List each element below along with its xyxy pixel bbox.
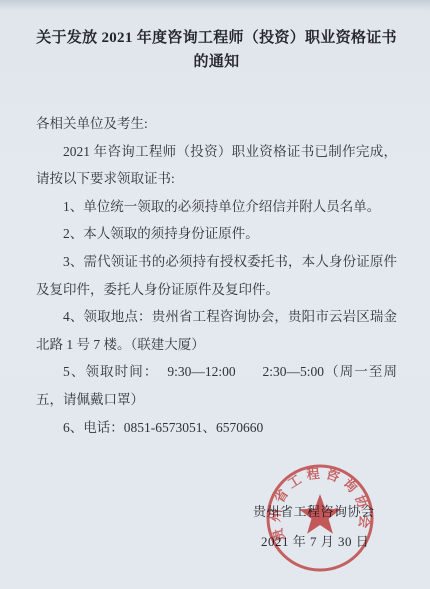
list-item-6: 6、电话：0851-6573051、6570660 — [36, 414, 397, 442]
notice-body: 关于发放 2021 年度咨询工程师（投资）职业资格证书的通知 各相关单位及考生:… — [36, 26, 397, 441]
official-seal-stamp: 贵州省工程咨询协会 — [265, 463, 375, 573]
list-item-3: 3、需代领证书的必须持有授权委托书，本人身份证原件及复印件，委托人身份证原件及复… — [36, 248, 397, 303]
list-item-2: 2、本人领取的须持身份证原件。 — [36, 220, 397, 248]
notice-title: 关于发放 2021 年度咨询工程师（投资）职业资格证书的通知 — [36, 26, 397, 74]
notice-document: 关于发放 2021 年度咨询工程师（投资）职业资格证书的通知 各相关单位及考生:… — [0, 0, 430, 589]
list-item-5: 5、领取时间： 9:30—12:00 2:30—5:00（周一至周五，请佩戴口罩… — [36, 358, 397, 413]
scan-edge-shadow — [0, 0, 430, 10]
list-item-1: 1、单位统一领取的必须持单位介绍信并附人员名单。 — [36, 193, 397, 221]
list-item-4: 4、领取地点：贵州省工程咨询协会，贵阳市云岩区瑞金北路 1 号 7 楼。（联建大… — [36, 303, 397, 358]
salutation: 各相关单位及考生: — [36, 110, 397, 138]
intro-paragraph: 2021 年咨询工程师（投资）职业资格证书已制作完成，请按以下要求领取证书: — [36, 138, 397, 193]
seal-star-icon — [299, 494, 341, 534]
